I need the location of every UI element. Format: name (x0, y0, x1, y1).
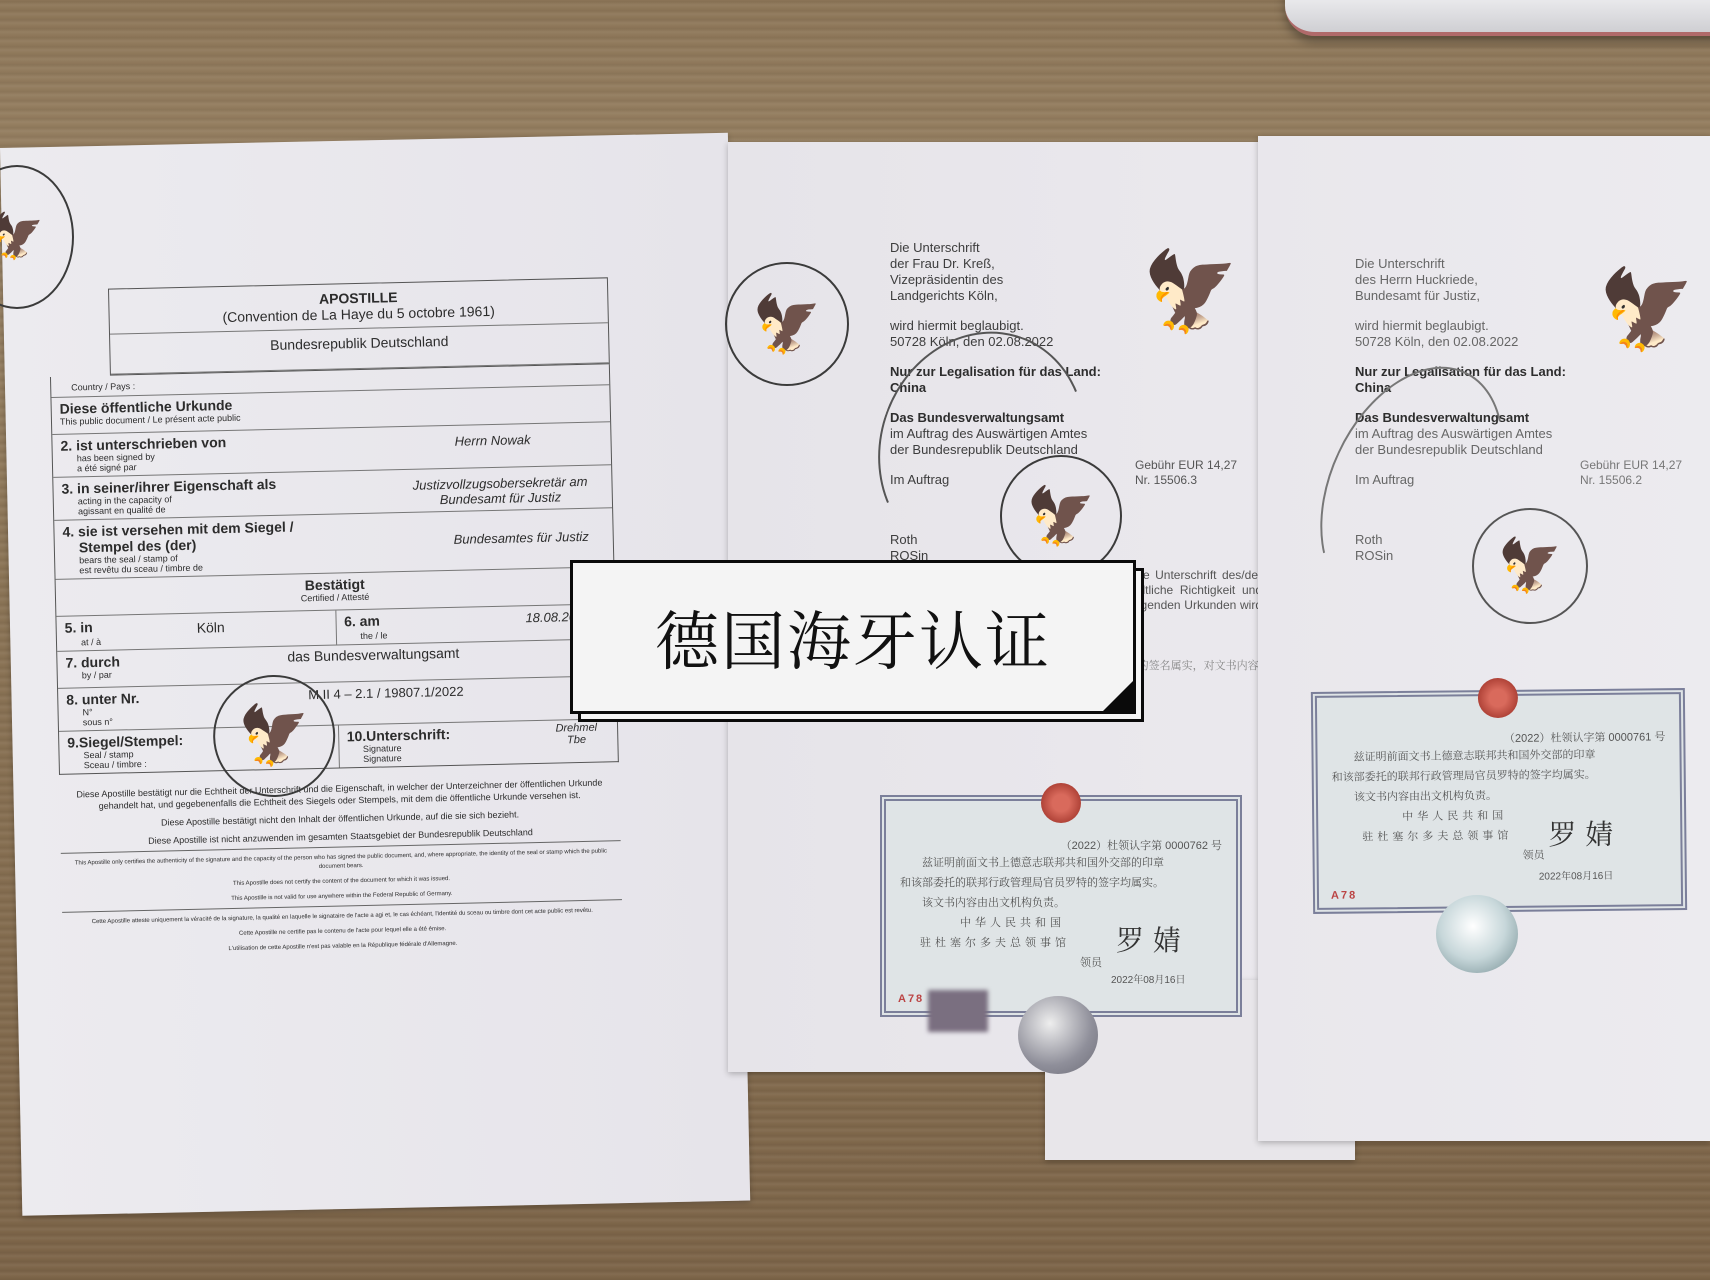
federal-eagle-icon: 🦅 (1142, 252, 1239, 330)
field-10-value1: Drehmel (555, 722, 597, 735)
eagle-icon: 🦅 (0, 215, 44, 259)
apostille-body: Country / Pays : Diese öffentliche Urkun… (50, 364, 619, 775)
field-10: 10.Unterschrift: Signature Signature Dre… (338, 719, 617, 767)
eagle-icon: 🦅 (237, 706, 311, 766)
consulate-certificate-mid: （2022）杜领认字第 0000762 号 兹证明前面文书上德意志联邦共和国外交… (880, 795, 1242, 1017)
field-10-value: DrehmelTbe (555, 722, 597, 747)
country-value: Bundesrepublik Deutschland (270, 333, 449, 353)
cert-issuer-3: 领员 (1332, 844, 1666, 867)
cert-line-3: 该文书内容由出文机构负责。 (900, 893, 1222, 913)
cert-signature: 罗 婧 (1548, 813, 1613, 854)
cert-date: 2022年08月16日 (1539, 867, 1614, 883)
cert-date: 2022年08月16日 (1111, 971, 1186, 986)
fee-right: Gebühr EUR 14,27 Nr. 15506.2 (1580, 458, 1682, 488)
apostille-table: APOSTILLE (Convention de La Haye du 5 oc… (108, 277, 610, 375)
line: Die Unterschrift (1355, 256, 1566, 272)
eagle-icon: 🦅 (752, 296, 822, 352)
redacted-block (928, 990, 988, 1032)
place-date: 50728 Köln, den 02.08.2022 (1355, 334, 1566, 350)
apostille-form: APOSTILLE (Convention de La Haye du 5 oc… (48, 277, 623, 958)
folded-corner (1100, 678, 1136, 714)
hologram-sticker (1436, 895, 1518, 973)
fee-number: Nr. 15506.2 (1580, 473, 1682, 488)
fee-mid: Gebühr EUR 14,27 Nr. 15506.3 (1135, 458, 1237, 488)
cert-number: （2022）杜领认字第 0000762 号 (886, 837, 1236, 853)
consulate-certificate-right: （2022）杜领认字第 0000761 号 兹证明前面文书上德意志联邦共和国外交… (1311, 688, 1687, 914)
foreign-office-seal: 🦅 (725, 262, 849, 386)
legalisation-seal-right: 🦅 (1472, 508, 1588, 624)
certified-line: wird hiermit beglaubigt. (1355, 318, 1566, 334)
hologram-sticker (1018, 996, 1098, 1074)
line: der Frau Dr. Kreß, (890, 256, 1101, 272)
cert-signature: 罗 婧 (1116, 919, 1181, 959)
field-4-value: Bundesamtes für Justiz (453, 529, 588, 547)
eagle-icon: 🦅 (1498, 540, 1563, 592)
cert-serial: A78 (898, 993, 924, 1005)
cert-serial: A78 (1331, 889, 1357, 901)
field-10-value2: Tbe (556, 734, 598, 747)
field-3-value: Justizvollzugsobersekretär amBundesamt f… (412, 474, 587, 508)
line: Landgerichts Köln, (890, 288, 1101, 304)
field-6-label: 6. am (344, 613, 380, 630)
line: Bundesamt für Justiz, (1355, 288, 1566, 304)
cert-line-2: 和该部委托的联邦行政管理局官员罗特的签字均属实。 (900, 873, 1222, 893)
line: Die Unterschrift (890, 240, 1101, 256)
fee: Gebühr EUR 14,27 (1580, 458, 1682, 473)
fee: Gebühr EUR 14,27 (1135, 458, 1237, 473)
country-label: Country / Pays : (71, 381, 135, 392)
field-5-value: Köln (197, 619, 225, 636)
line: Vizepräsidentin des (890, 272, 1101, 288)
field-5: 5. in Köln at / à (56, 611, 336, 651)
field-2-value: Herrn Nowak (455, 432, 531, 449)
national-emblem-icon (1478, 678, 1518, 718)
line: des Herrn Huckriede, (1355, 272, 1566, 288)
national-emblem-icon (1041, 783, 1081, 823)
field-5-label: 5. in (64, 619, 92, 636)
fee-number: Nr. 15506.3 (1135, 473, 1237, 488)
banner-title: 德国海牙认证 (655, 591, 1051, 683)
phone-edge (1285, 0, 1710, 36)
federal-eagle-icon: 🦅 (1598, 270, 1695, 348)
cert-line-1: 兹证明前面文书上德意志联邦共和国外交部的印章 (900, 853, 1222, 873)
title-banner: 德国海牙认证 (570, 560, 1136, 714)
